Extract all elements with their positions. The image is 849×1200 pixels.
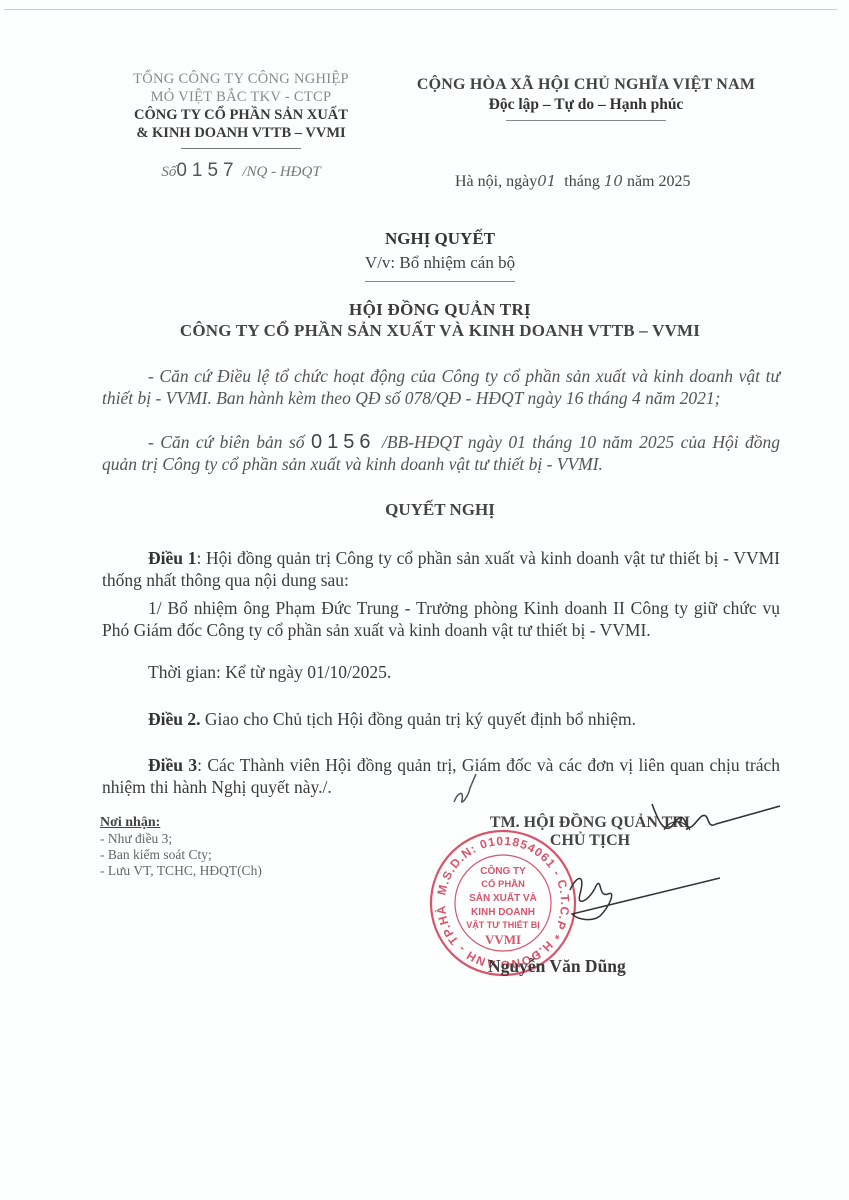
recipients-heading: Nơi nhận: bbox=[100, 815, 262, 831]
issuer-board: HỘI ĐỒNG QUẢN TRỊ bbox=[100, 300, 780, 320]
divider bbox=[181, 148, 301, 149]
resolution-heading: QUYẾT NGHỊ bbox=[100, 500, 780, 520]
company-name-line2: & KINH DOANH VTTB – VVMI bbox=[96, 124, 386, 142]
number-prefix: Số bbox=[161, 164, 176, 180]
issuing-organization: TỔNG CÔNG TY CÔNG NGHIỆP MỎ VIỆT BẮC TKV… bbox=[96, 70, 386, 149]
issue-date: Hà nội, ngày01 tháng 10 năm 2025 bbox=[455, 172, 690, 191]
article-1: Điều 1: Hội đồng quản trị Công ty cổ phầ… bbox=[102, 547, 780, 591]
company-name-line1: CÔNG TY CỔ PHẦN SẢN XUẤT bbox=[96, 106, 386, 124]
recipients-block: Nơi nhận: - Như điều 3; - Ban kiểm soát … bbox=[100, 815, 262, 879]
article-2: Điều 2. Giao cho Chủ tịch Hội đồng quản … bbox=[102, 708, 780, 730]
recipient-item: - Như điều 3; bbox=[100, 831, 262, 847]
national-header: CỘNG HÒA XÃ HỘI CHỦ NGHĨA VIỆT NAM Độc l… bbox=[392, 76, 780, 121]
issuer-block: HỘI ĐỒNG QUẢN TRỊ CÔNG TY CỔ PHẦN SẢN XU… bbox=[100, 300, 780, 341]
article-3-label: Điều 3 bbox=[148, 755, 197, 775]
national-title: CỘNG HÒA XÃ HỘI CHỦ NGHĨA VIỆT NAM bbox=[392, 76, 780, 94]
document-title-block: NGHỊ QUYẾT V/v: Bổ nhiệm cán bộ bbox=[100, 229, 780, 282]
article-1-time: Thời gian: Kể từ ngày 01/10/2025. bbox=[102, 661, 780, 683]
recipient-item: - Ban kiểm soát Cty; bbox=[100, 847, 262, 863]
divider bbox=[365, 281, 515, 282]
basis-1: - Căn cứ Điều lệ tổ chức hoạt động của C… bbox=[102, 365, 780, 409]
handwritten-signature-icon bbox=[420, 790, 780, 990]
article-2-label: Điều 2. bbox=[148, 709, 201, 729]
parent-company-line1: TỔNG CÔNG TY CÔNG NGHIỆP bbox=[96, 70, 386, 88]
month-label: tháng bbox=[564, 173, 600, 190]
basis-2: - Căn cứ biên bản số 0156 /BB-HĐQT ngày … bbox=[102, 431, 780, 475]
article-2-text: Giao cho Chủ tịch Hội đồng quản trị ký q… bbox=[201, 709, 637, 729]
recipient-item: - Lưu VT, TCHC, HĐQT(Ch) bbox=[100, 863, 262, 879]
issuer-company: CÔNG TY CỔ PHẦN SẢN XUẤT VÀ KINH DOANH V… bbox=[100, 321, 780, 341]
number-suffix: /NQ - HĐQT bbox=[242, 164, 320, 180]
basis-2-prefix: - Căn cứ biên bản số bbox=[148, 432, 305, 452]
document-subject: V/v: Bổ nhiệm cán bộ bbox=[100, 253, 780, 273]
date-prefix: Hà nội, ngày bbox=[455, 173, 537, 190]
divider bbox=[506, 120, 666, 121]
number-value: 0157 bbox=[176, 160, 238, 181]
article-1-label: Điều 1 bbox=[148, 548, 196, 568]
document-type: NGHỊ QUYẾT bbox=[100, 229, 780, 249]
document-number: Số0157 /NQ - HĐQT bbox=[96, 160, 386, 182]
parent-company-line2: MỎ VIỆT BẮC TKV - CTCP bbox=[96, 88, 386, 106]
national-motto: Độc lập – Tự do – Hạnh phúc bbox=[392, 96, 780, 114]
date-day: 01 bbox=[537, 172, 556, 190]
article-1-item: 1/ Bổ nhiệm ông Phạm Đức Trung - Trưởng … bbox=[102, 597, 780, 641]
article-1-text: : Hội đồng quản trị Công ty cổ phần sản … bbox=[102, 548, 780, 590]
date-year: năm 2025 bbox=[627, 173, 691, 190]
scan-edge-line bbox=[4, 9, 837, 10]
minutes-number: 0156 bbox=[311, 431, 376, 453]
date-month: 10 bbox=[604, 172, 623, 190]
